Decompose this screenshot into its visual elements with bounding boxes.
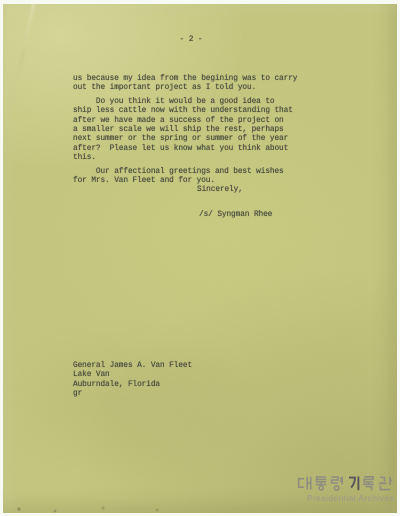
paragraph-1: us because my idea from the begining was… [73,75,297,94]
paragraph-2: Do you think it would be a good idea to … [73,98,297,163]
scan-specks [7,503,247,513]
watermark-english: Presidential Archives [274,493,394,503]
presidential-archives-korean-logo-icon [297,475,394,492]
letter-page: - 2 - us because my idea from the begini… [3,4,397,513]
closing-salutation: Sincerely, [197,186,243,195]
paragraph-3: Our affectional greetings and best wishe… [73,168,297,187]
watermark: Presidential Archives [274,475,394,503]
page-number: - 2 - [0,36,388,45]
recipient-address-block: General James A. Van Fleet Lake Van Aubu… [73,362,192,399]
letter-body: us because my idea from the begining was… [73,75,297,186]
signature-line: /s/ Syngman Rhee [199,211,272,220]
